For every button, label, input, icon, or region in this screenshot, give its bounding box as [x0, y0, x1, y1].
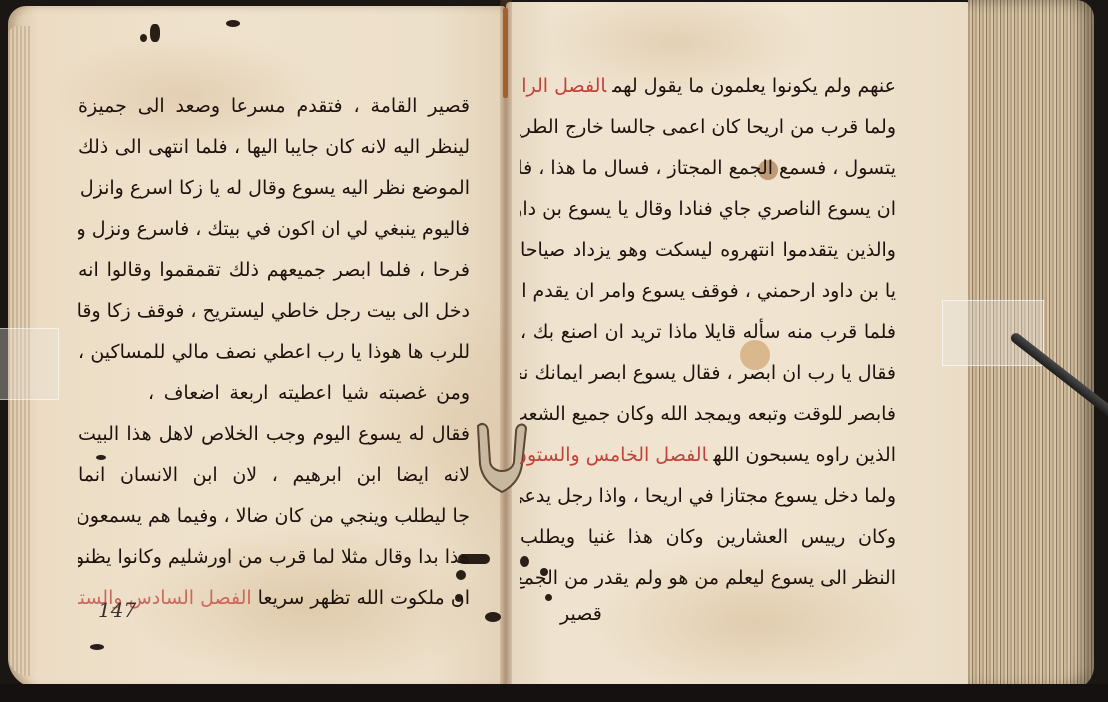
text-line: الموضع نظر اليه يسوع وقال له يا زكا اسرع…: [78, 168, 470, 209]
text-line: للرب ها هوذا يا رب اعطي نصف مالي للمساكي…: [78, 332, 470, 373]
background-shadow: [0, 684, 1108, 702]
text-line: فابصر للوقت وتبعه ويمجد الله وكان جميع ا…: [520, 394, 896, 435]
text-line: فاليوم ينبغي لي ان اكون في بيتك ، فاسرع …: [78, 209, 470, 250]
catchword: قصير: [520, 599, 896, 629]
text-line: النظر الى يسوع ليعلم من هو ولم يقدر من ا…: [520, 558, 896, 599]
gutter: [500, 0, 512, 692]
text-line: لانه ايضا ابن ابرهيم ، لان ابن الانسان ا…: [78, 455, 470, 496]
text-line-with-rubric: عنهم ولم يكونوا يعلمون ما يقول لهمالفصل …: [520, 66, 896, 107]
worm-hole: [140, 34, 147, 42]
text-line: يا بن داود ارحمني ، فوقف يسوع وامر ان يق…: [520, 271, 896, 312]
text-fragment: الذين راوه يسبحون الله: [713, 444, 896, 466]
manuscript-spread: قصير القامة ، فتقدم مسرعا وصعد الى جميزة…: [0, 0, 1108, 702]
clear-clip-left: [0, 328, 59, 400]
worm-hole: [150, 24, 160, 42]
text-line: دخل الى بيت رجل خاطي ليستريح ، فوقف زكا …: [78, 291, 470, 332]
chapter-heading-rubric: الفصل الخامس والستون: [520, 444, 707, 466]
left-page-text: قصير القامة ، فتقدم مسرعا وصعد الى جميزة…: [78, 86, 470, 619]
clear-clip-right: [942, 300, 1044, 366]
text-line: قصير القامة ، فتقدم مسرعا وصعد الى جميزة: [78, 86, 470, 127]
text-line: فقال له يسوع اليوم وجب الخلاص لاهل هذا ا…: [78, 414, 470, 455]
text-line: فرحا ، فلما ابصر جميعهم ذلك تقمقموا وقال…: [78, 250, 470, 291]
text-line: فقال يا رب ان ابصر ، فقال يسوع ابصر ايما…: [520, 353, 896, 394]
text-line: هذا بدا وقال مثلا لما قرب من اورشليم وكا…: [78, 537, 470, 578]
worm-hole: [90, 644, 104, 650]
text-line: ان يسوع الناصري جاي فنادا وقال يا يسوع ب…: [520, 189, 896, 230]
text-line-with-rubric: الذين راوه يسبحون اللهالفصل الخامس والست…: [520, 435, 896, 476]
worm-hole: [226, 20, 240, 27]
text-fragment: ان ملكوت الله تظهر سريعا: [258, 587, 470, 609]
text-line: ولما دخل يسوع مجتازا في اريحا ، واذا رجل…: [520, 476, 896, 517]
right-page-text: عنهم ولم يكونوا يعلمون ما يقول لهمالفصل …: [520, 66, 896, 629]
folio-number: 147: [98, 598, 136, 622]
text-line: فلما قرب منه سأله قايلا ماذا تريد ان اصن…: [520, 312, 896, 353]
text-fragment: عنهم ولم يكونوا يعلمون ما يقول لهم: [612, 75, 896, 97]
chapter-heading-rubric: الفصل الرابع والستون: [520, 75, 606, 97]
text-line-with-rubric: ان ملكوت الله تظهر سريعاالفصل السادس وال…: [78, 578, 470, 619]
text-line: لينظر اليه لانه كان جايبا اليها ، فلما ا…: [78, 127, 470, 168]
worm-hole: [485, 612, 501, 622]
text-line: ومن غصبته شيا اعطيته اربعة اضعاف ،: [78, 373, 470, 414]
text-line: وكان رييس العشارين وكان هذا غنيا ويطلب: [520, 517, 896, 558]
binding-thread: [503, 8, 508, 98]
text-line: يتسول ، فسمع الجمع المجتاز ، فسال ما هذا…: [520, 148, 896, 189]
text-line: ولما قرب من اريحا كان اعمى جالسا خارج ال…: [520, 107, 896, 148]
text-line: والذين يتقدموا انتهروه ليسكت وهو يزداد ص…: [520, 230, 896, 271]
text-line: جا ليطلب وينجي من كان ضالا ، وفيما هم يس…: [78, 496, 470, 537]
